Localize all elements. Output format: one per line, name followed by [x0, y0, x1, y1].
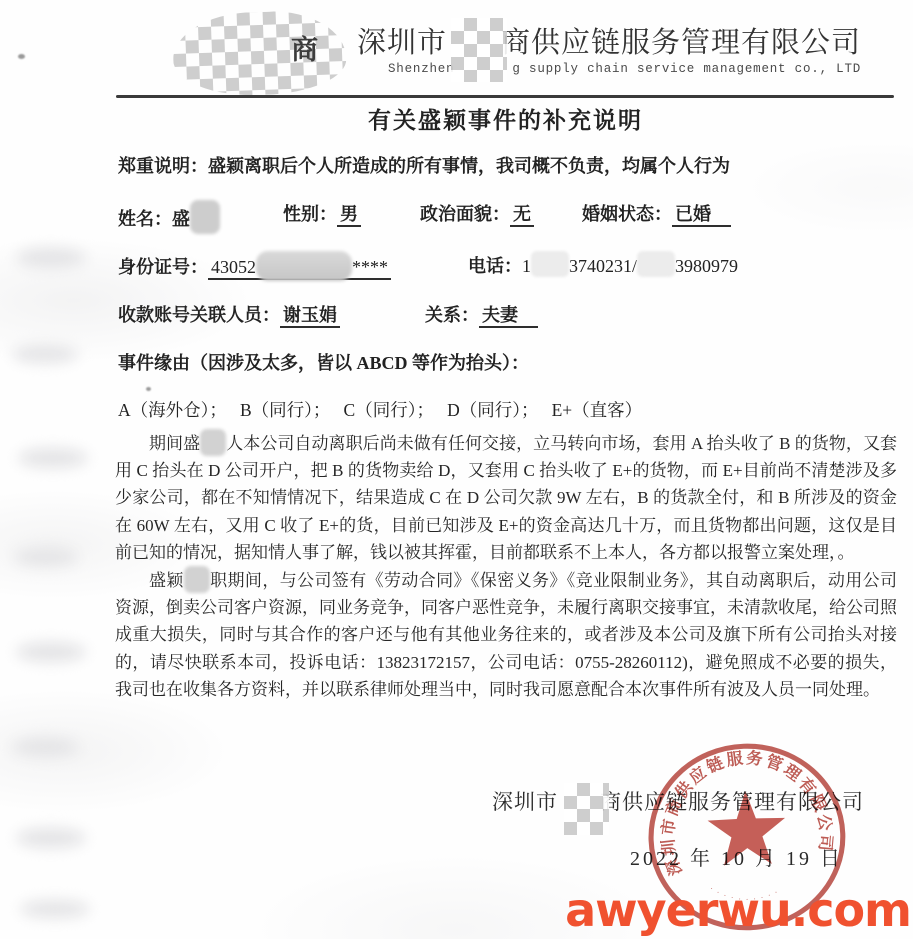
cause-heading: 事件缘由（因涉及太多，皆以 ABCD 等作为抬头）：	[118, 349, 529, 375]
paragraph-1-prefix: 期间盛	[149, 434, 200, 453]
scan-smudge	[16, 642, 86, 662]
phone-field: 电话：13740231/3980979	[468, 251, 738, 278]
statement-line: 郑重说明：盛颖离职后个人所造成的所有事情，我司概不负责，均属个人行为	[118, 152, 730, 178]
name-field: 姓名：盛	[118, 200, 220, 234]
marital-value: 已婚	[672, 204, 731, 227]
company-name-cn-suffix: 商供应链服务管理有限公司	[501, 20, 861, 61]
paragraph-2-prefix: 盛颖	[149, 571, 184, 590]
company-name-en-suffix: g supply chain service management co., L…	[512, 62, 861, 76]
scan-smudge	[12, 345, 78, 363]
paragraph-1-text: 人本公司自动离职后尚未做有任何交接，立马转向市场，套用 A 抬头收了 B 的货物…	[115, 434, 897, 562]
gender-field: 性别：男	[283, 200, 361, 226]
name-value: 盛	[172, 209, 190, 229]
name-label: 姓名：	[118, 209, 172, 229]
id-field: 身份证号：43052****	[118, 251, 391, 281]
censor-blur	[190, 200, 220, 234]
id-value-suffix: ****	[352, 257, 388, 277]
relation-label: 关系：	[425, 305, 479, 325]
scan-speck	[18, 54, 25, 59]
marital-label: 婚姻状态：	[582, 204, 672, 224]
censor-blur	[256, 251, 352, 281]
relation-field: 关系：夫妻	[425, 301, 538, 327]
document-title: 有关盛颖事件的补充说明	[116, 102, 895, 135]
censor-patch	[564, 783, 609, 835]
phone-label: 电话：	[468, 256, 522, 276]
header-divider	[116, 95, 894, 98]
scan-smudge	[18, 448, 88, 468]
logo-character: 商	[291, 28, 318, 67]
paragraph-2-text: 职期间，与公司签有《劳动合同》《保密义务》《竞业限制业务》，其自动离职后，动用公…	[115, 571, 897, 699]
scan-smudge	[14, 548, 78, 566]
scan-smudge	[16, 828, 86, 848]
paragraph-2: 盛颖职期间，与公司签有《劳动合同》《保密义务》《竞业限制业务》，其自动离职后，动…	[115, 566, 897, 703]
payee-value: 谢玉娟	[280, 305, 340, 328]
censor-blur	[200, 429, 226, 456]
site-watermark: awyerwu.com	[565, 883, 911, 937]
company-name-cn-prefix: 深圳市	[357, 20, 447, 61]
gender-label: 性别：	[283, 204, 337, 224]
censor-blur	[637, 251, 675, 277]
censor-blur	[184, 566, 210, 593]
scanned-document: 商 深圳市 商供应链服务管理有限公司 Shenzhen g supply cha…	[0, 0, 913, 939]
scan-smudge	[20, 900, 90, 918]
payee-label: 收款账号关联人员：	[118, 305, 280, 325]
payee-field: 收款账号关联人员：谢玉娟	[118, 301, 340, 327]
paragraph-1: 期间盛人本公司自动离职后尚未做有任何交接，立马转向市场，套用 A 抬头收了 B …	[115, 429, 897, 566]
censor-patch	[451, 18, 507, 82]
gender-value: 男	[337, 204, 361, 227]
phone-part1: 1	[522, 256, 531, 276]
cause-legend: A（海外仓）； B（同行）； C（同行）； D（同行）； E+（直客）	[118, 397, 642, 422]
footer-company-prefix: 深圳市	[492, 786, 558, 816]
relation-value: 夫妻	[479, 305, 538, 328]
marital-field: 婚姻状态：已婚	[582, 200, 731, 226]
political-value: 无	[510, 204, 534, 227]
phone-part3: 3980979	[675, 256, 738, 276]
scan-speck	[146, 387, 151, 391]
seal-star-icon	[707, 790, 787, 867]
company-name-cn: 深圳市 商供应链服务管理有限公司	[357, 20, 861, 61]
scan-smudge	[16, 248, 86, 268]
company-logo-censored	[172, 9, 348, 98]
body-text: 期间盛人本公司自动离职后尚未做有任何交接，立马转向市场，套用 A 抬头收了 B …	[115, 429, 897, 703]
censor-blur	[531, 251, 569, 277]
phone-part2: 3740231/	[569, 256, 637, 276]
id-label: 身份证号：	[118, 257, 208, 277]
id-value-prefix: 43052	[211, 257, 256, 277]
company-name-en-prefix: Shenzhen	[388, 62, 454, 76]
political-field: 政治面貌：无	[420, 200, 534, 226]
scan-smudge	[12, 738, 78, 756]
political-label: 政治面貌：	[420, 204, 510, 224]
